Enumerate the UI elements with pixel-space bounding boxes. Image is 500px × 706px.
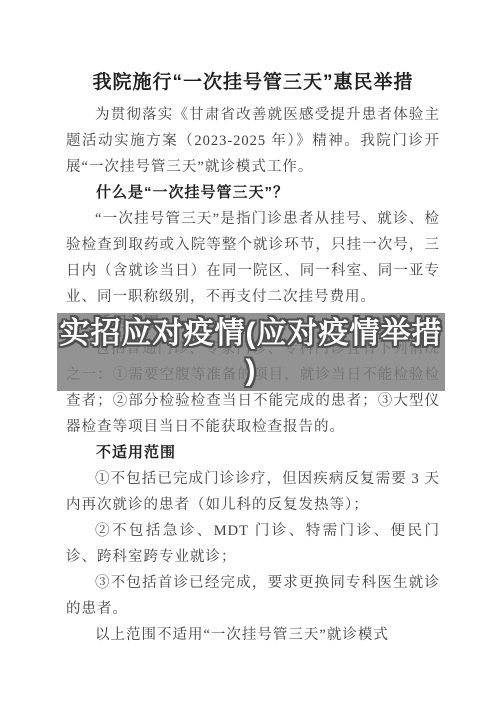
section-heading: 什么是“一次挂号管三天”？ <box>66 180 440 206</box>
document-title: 我院施行“一次挂号管三天”惠民举措 <box>66 70 440 96</box>
document-body: 我院施行“一次挂号管三天”惠民举措 为贯彻落实《甘肃省改善就医感受提升患者体验主… <box>0 0 500 648</box>
document-page: 我院施行“一次挂号管三天”惠民举措 为贯彻落实《甘肃省改善就医感受提升患者体验主… <box>0 0 500 706</box>
body-paragraph: 以上范围不适用“一次挂号管三天”就诊模式 <box>66 622 440 648</box>
body-paragraph: ②不包括急诊、MDT 门诊、特需门诊、便民门诊、跨科室跨专业就诊； <box>66 518 440 570</box>
body-paragraph: ①不包括已完成门诊诊疗，但因疾病反复需要 3 天内再次就诊的患者（如儿科的反复发… <box>66 466 440 518</box>
body-paragraph: 为贯彻落实《甘肃省改善就医感受提升患者体验主题活动实施方案（2023-2025 … <box>66 102 440 180</box>
body-paragraph: ③不包括首诊已经完成，要求更换同专科医生就诊的患者。 <box>66 570 440 622</box>
section-heading: 不适用范围 <box>66 440 440 466</box>
document-sections: 为贯彻落实《甘肃省改善就医感受提升患者体验主题活动实施方案（2023-2025 … <box>66 102 440 648</box>
body-paragraph: “一次挂号管三天”是指门诊患者从挂号、就诊、检验检查到取药或入院等整个就诊环节，… <box>66 206 440 310</box>
section-heading: 适用范围 <box>66 310 440 336</box>
body-paragraph: 包括普通门诊、专家门诊、专科门诊且有下列情况之一：①需要空腹等准备的项目，就诊当… <box>66 336 440 440</box>
